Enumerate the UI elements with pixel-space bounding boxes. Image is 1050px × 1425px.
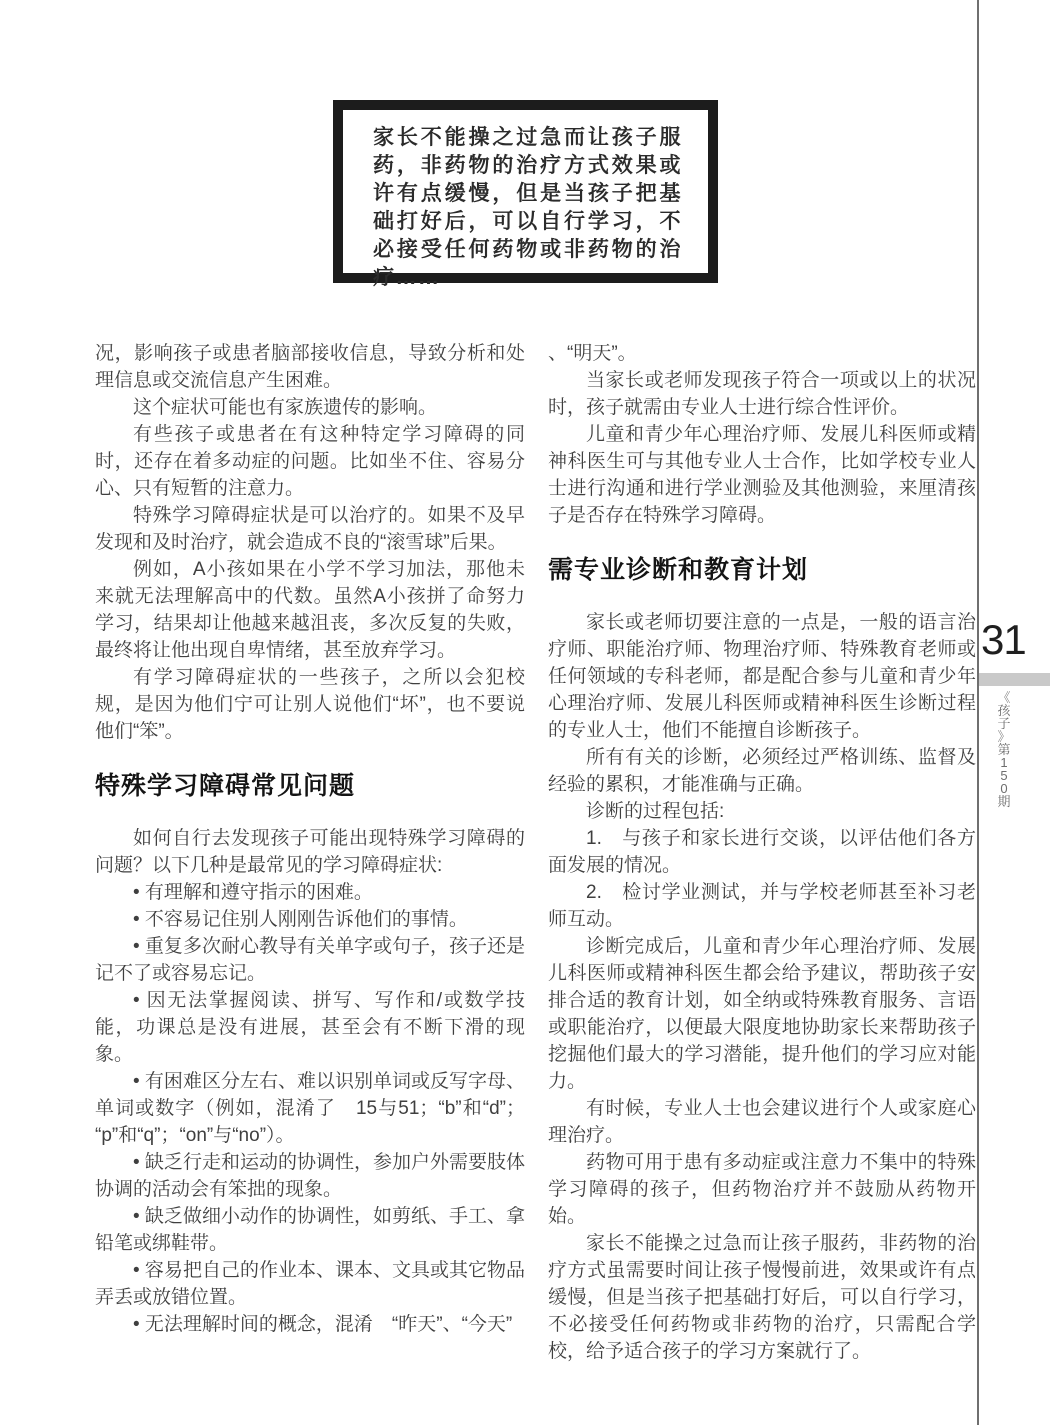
bullet-item: • 容易把自己的作业本、课本、文具或其它物品弄丢或放错位置。	[95, 1257, 525, 1311]
body-paragraph: 家长不能操之过急而让孩子服药，非药物的治疗方式虽需要时间让孩子慢慢前进，效果或许…	[548, 1230, 976, 1365]
bullet-item: • 无法理解时间的概念，混淆 “昨天”、“今天”	[95, 1311, 525, 1338]
body-paragraph: 所有有关的诊断，必须经过严格训练、监督及经验的累积，才能准确与正确。	[548, 744, 976, 798]
numbered-item: 1. 与孩子和家长进行交谈，以评估他们各方面发展的情况。	[548, 825, 976, 879]
body-paragraph: 诊断完成后，儿童和青少年心理治疗师、发展儿科医师或精神科医生都会给予建议，帮助孩…	[548, 933, 976, 1095]
body-paragraph: 有些孩子或患者在有这种特定学习障碍的同时，还存在着多动症的问题。比如坐不住、容易…	[95, 421, 525, 502]
body-paragraph: 有学习障碍症状的一些孩子，之所以会犯校规，是因为他们宁可让别人说他们“坏”，也不…	[95, 664, 525, 745]
body-paragraph: 诊断的过程包括:	[548, 798, 976, 825]
magazine-page: 家长不能操之过急而让孩子服药，非药物的治疗方式效果或许有点缓慢，但是当孩子把基础…	[0, 0, 1050, 1425]
margin-decoration-bar	[979, 673, 1050, 686]
section-heading-common-problems: 特殊学习障碍常见问题	[95, 771, 525, 801]
body-paragraph: 当家长或老师发现孩子符合一项或以上的状况时，孩子就需由专业人士进行综合性评价。	[548, 367, 976, 421]
section-heading-diagnosis-plan: 需专业诊断和教育计划	[548, 555, 976, 585]
numbered-item: 2. 检讨学业测试，并与学校老师甚至补习老师互动。	[548, 879, 976, 933]
right-column: 、“明天”。 当家长或老师发现孩子符合一项或以上的状况时，孩子就需由专业人士进行…	[548, 340, 976, 1365]
pull-quote-box: 家长不能操之过急而让孩子服药，非药物的治疗方式效果或许有点缓慢，但是当孩子把基础…	[333, 100, 718, 283]
body-paragraph: 这个症状可能也有家族遗传的影响。	[95, 394, 525, 421]
body-paragraph: 特殊学习障碍症状是可以治疗的。如果不及早发现和及时治疗，就会造成不良的“滚雪球”…	[95, 502, 525, 556]
bullet-item: • 缺乏行走和运动的协调性，参加户外需要肢体协调的活动会有笨拙的现象。	[95, 1149, 525, 1203]
body-paragraph: 儿童和青少年心理治疗师、发展儿科医师或精神科医生可与其他专业人士合作，比如学校专…	[548, 421, 976, 529]
bullet-item: • 重复多次耐心教导有关单字或句子，孩子还是记不了或容易忘记。	[95, 933, 525, 987]
journal-issue-vertical-label: 《孩子》第150期	[994, 691, 1014, 808]
body-paragraph: 家长或老师切要注意的一点是，一般的语言治疗师、职能治疗师、物理治疗师、特殊教育老…	[548, 609, 976, 744]
pull-quote-text: 家长不能操之过急而让孩子服药，非药物的治疗方式效果或许有点缓慢，但是当孩子把基础…	[373, 124, 682, 292]
bullet-item: • 不容易记住别人刚刚告诉他们的事情。	[95, 906, 525, 933]
bullet-item: • 缺乏做细小动作的协调性，如剪纸、手工、拿铅笔或绑鞋带。	[95, 1203, 525, 1257]
bullet-item: • 有理解和遵守指示的困难。	[95, 879, 525, 906]
body-paragraph: 药物可用于患有多动症或注意力不集中的特殊学习障碍的孩子，但药物治疗并不鼓励从药物…	[548, 1149, 976, 1230]
left-column: 况，影响孩子或患者脑部接收信息，导致分析和处理信息或交流信息产生困难。 这个症状…	[95, 340, 525, 1338]
body-paragraph: 有时候，专业人士也会建议进行个人或家庭心理治疗。	[548, 1095, 976, 1149]
margin-rule	[977, 0, 979, 1425]
bullet-item: • 因无法掌握阅读、拼写、写作和/或数学技能，功课总是没有进展，甚至会有不断下滑…	[95, 987, 525, 1068]
body-paragraph: 例如，A小孩如果在小学不学习加法，那他未来就无法理解高中的代数。虽然A小孩拼了命…	[95, 556, 525, 664]
body-paragraph: 如何自行去发现孩子可能出现特殊学习障碍的问题？以下几种是最常见的学习障碍症状:	[95, 825, 525, 879]
body-paragraph: 、“明天”。	[548, 340, 976, 367]
page-number: 31	[981, 618, 1026, 662]
body-paragraph: 况，影响孩子或患者脑部接收信息，导致分析和处理信息或交流信息产生困难。	[95, 340, 525, 394]
bullet-item: • 有困难区分左右、难以识别单词或反写字母、单词或数字（例如，混淆了 15与51…	[95, 1068, 525, 1149]
